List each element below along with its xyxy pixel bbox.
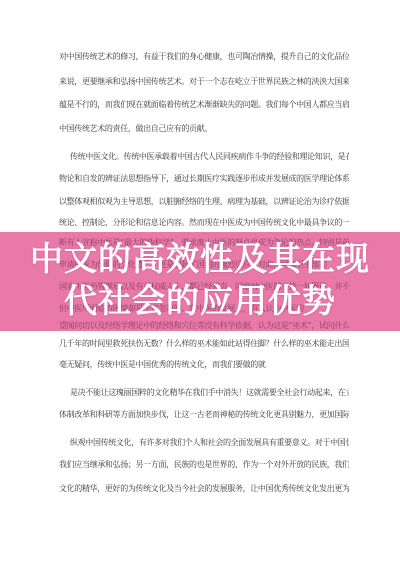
banner-title-line-2: 代社会的应用优势 (0, 280, 400, 322)
paragraph-line: 传统中医文化。传统中医承载着中国古代人民同疾病作斗争的经验和理论知识，是在古代朴… (70, 152, 349, 162)
paragraph-line: 以整体观相似观为主导思想，以脏腑经络的生理、病理为基础，以辨证论治为诊疗依据，具… (59, 197, 349, 207)
paragraph-line: 物论和自发的辨证法思想指导下，通过长期医疗实践逐步形成并发展成的医学理论体系。在… (59, 174, 349, 184)
banner-title: 中文的高效性及其在现 代社会的应用优势 (0, 238, 400, 322)
banner-title-line-1: 中文的高效性及其在现 (0, 238, 400, 280)
paragraph-line: 文化的精华，更好的为传统文化及当今社会的发展服务，让中国优秀传统文化发出更为耀眼… (59, 484, 349, 494)
paragraph-line: 几千年的时间里救死扶伤无数？什么样的巫术能如此站得住脚？什么样的巫术能走出国门，… (59, 339, 349, 349)
paragraph-line: 是决不能让这瑰丽国粹的文化精华在我们手中消失！这就需要全社会行动起来，在立法保护… (70, 388, 349, 398)
paragraph-line: 毫无疑问，传统中医是中国优秀的传统文化，而我们要做的就 (59, 360, 349, 370)
paragraph-line: 我们应当继承和弘扬；另一方面，民族的也是世界的，作为一个对外开放的民族，我们也应… (59, 460, 349, 470)
paragraph-line: 纵观中国传统文化，有许多对我们个人和社会的全面发展具有重要意义。对于中国优秀传统… (70, 438, 349, 448)
paragraph-line: 统论、控制论，分形论和信息论内容。然而现在中医成为中国传统文化中最具争议的一方面… (59, 218, 349, 228)
paragraph-line: 望闻问切以及经络学理论中的经络和穴位等没有科学依据，认为这是“巫术”，试问什么样… (59, 321, 349, 331)
paragraph-line: 对中国传统艺术的修习，有益于我们的身心健康，也可陶冶情操，提升自己的文化品位。对… (59, 52, 349, 62)
paragraph-line: 中国传统艺术的责任，做出自己应有的贡献。 (59, 124, 349, 134)
paragraph-line: 蕴是不行的，而我们现在就面临着传统艺术渐渐缺失的问题。我们每个中国人都应当肩负起… (59, 100, 349, 110)
paragraph-line: 来说，更要继承和弘扬中国传统艺术。对于一个志在屹立于世界民族之林的泱泱大国来说，… (59, 77, 349, 87)
paragraph-line: 体制改革和科研等方面加快步伐，让这一古老而神秘的传统文化更具别魅力，更加国际化。 (59, 410, 349, 420)
document-page: 对中国传统艺术的修习，有益于我们的身心健康，也可陶冶情操，提升自己的文化品位。对… (0, 0, 400, 565)
